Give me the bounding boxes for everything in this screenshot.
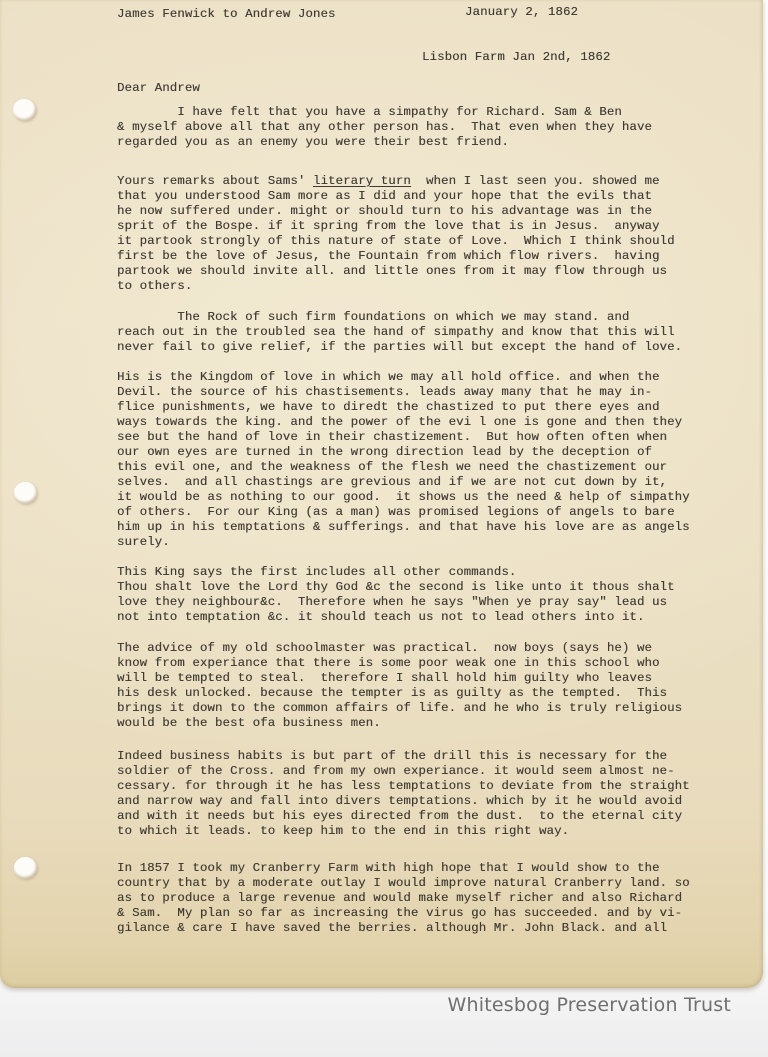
letter-paragraph-2-line-1: Yours remarks about Sams' literary turn … [117, 174, 660, 189]
letter-salutation: Dear Andrew [117, 81, 200, 96]
punch-hole-bottom [14, 857, 37, 879]
letter-header-correspondents: James Fenwick to Andrew Jones [117, 7, 336, 22]
paragraph-2-suffix: when I last seen you. showed me [411, 174, 660, 188]
watermark-credit: Whitesbog Preservation Trust [448, 994, 731, 1016]
letter-paper: James Fenwick to Andrew Jones January 2,… [0, 0, 763, 988]
letter-paragraph-2-rest: that you understood Sam more as I did an… [117, 189, 675, 294]
letter-paragraph-3: The Rock of such firm foundations on whi… [117, 310, 682, 355]
letter-paragraph-5: This King says the first includes all ot… [117, 565, 675, 625]
letter-header-date: January 2, 1862 [465, 5, 578, 20]
letter-dateline: Lisbon Farm Jan 2nd, 1862 [422, 50, 610, 65]
paragraph-2-prefix: Yours remarks about Sams' [117, 174, 313, 188]
punch-hole-top [13, 99, 36, 121]
underlined-phrase: literary turn [313, 174, 411, 188]
punch-hole-middle [14, 482, 37, 504]
letter-paragraph-7: Indeed business habits is but part of th… [117, 749, 690, 839]
scanned-letter-page: James Fenwick to Andrew Jones January 2,… [0, 0, 768, 1057]
letter-paragraph-4: His is the Kingdom of love in which we m… [117, 370, 690, 550]
letter-paragraph-8: In 1857 I took my Cranberry Farm with hi… [117, 861, 690, 936]
letter-paragraph-6: The advice of my old schoolmaster was pr… [117, 641, 682, 731]
letter-paragraph-1: I have felt that you have a simpathy for… [117, 105, 652, 150]
